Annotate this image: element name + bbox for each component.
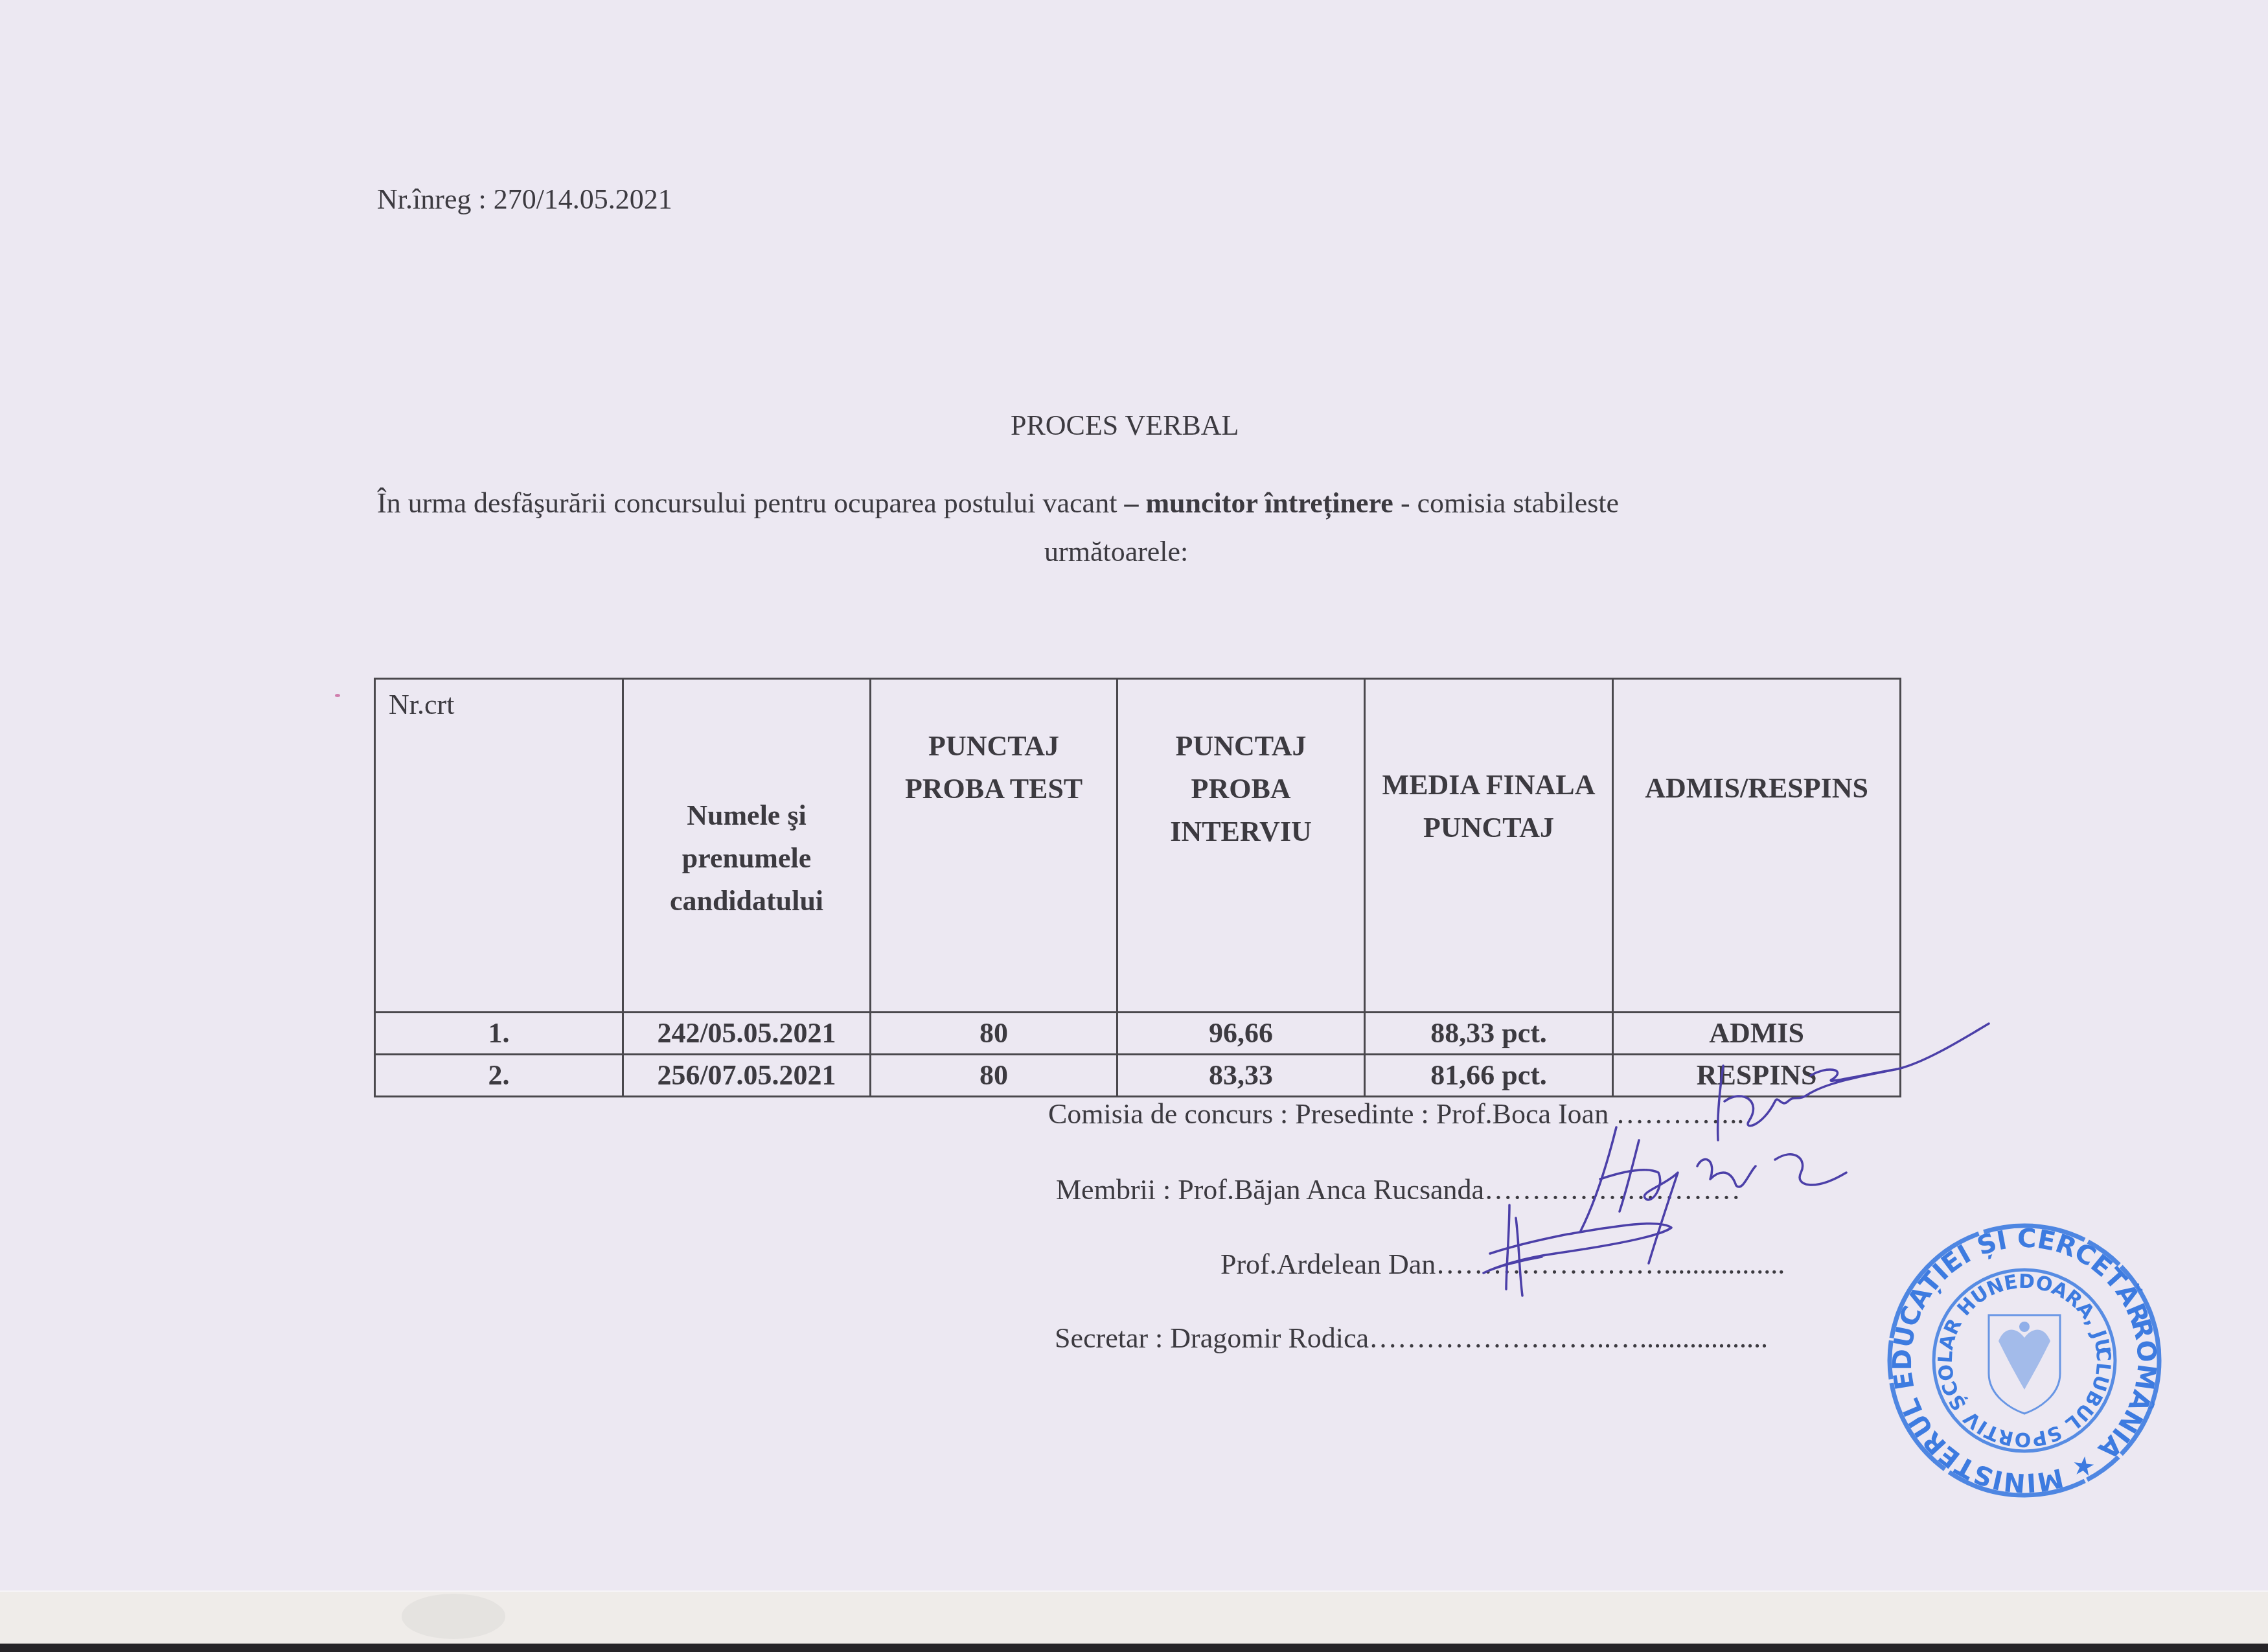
cell-result: ADMIS [1613,1013,1901,1055]
intro-paragraph-line1: În urma desfăşurării concursului pentru … [377,489,1619,518]
table-row: 1. 242/05.05.2021 80 96,66 88,33 pct. AD… [375,1013,1901,1055]
cell-nr: 1. [375,1013,623,1055]
secretary-line: Secretar : Dragomir Rodica……………………..…...… [1055,1324,1768,1353]
cell-nr: 2. [375,1055,623,1097]
intro-paragraph-line2: următoarele: [1044,538,1188,566]
scan-smudge [402,1594,505,1639]
commission-member1-line: Membrii : Prof.Băjan Anca Rucsanda………………… [1056,1176,1741,1204]
intro-dash: – [1124,487,1145,519]
header-interview-score: PUNCTAJ PROBA INTERVIU [1117,679,1365,1013]
ink-speck [335,694,340,697]
intro-text-before: În urma desfăşurării concursului pentru … [377,487,1124,519]
cell-interview-score: 96,66 [1117,1013,1365,1055]
cell-test-score: 80 [870,1013,1117,1055]
header-candidate-name: Numele şi prenumele candidatului [623,679,871,1013]
cell-candidate: 242/05.05.2021 [623,1013,871,1055]
commission-president-line: Comisia de concurs : Presedinte : Prof.B… [1048,1100,1744,1129]
cell-interview-score: 83,33 [1117,1055,1365,1097]
commission-member2-line: Prof.Ardelean Dan……………………...............… [1220,1250,1785,1279]
registration-number: Nr.înreg : 270/14.05.2021 [377,185,672,214]
job-position: muncitor întreținere [1145,487,1393,519]
scanner-edge [0,1644,2268,1652]
cell-result: RESPINS [1613,1055,1901,1097]
cell-final-average: 81,66 pct. [1364,1055,1612,1097]
document-title: PROCES VERBAL [1011,411,1270,440]
results-table: Nr.crt Numele şi prenumele candidatului … [374,678,1901,1097]
intro-text-after: - comisia stabileste [1393,487,1619,519]
table-header-row: Nr.crt Numele şi prenumele candidatului … [375,679,1901,1013]
header-final-average: MEDIA FINALA PUNCTAJ [1364,679,1612,1013]
scan-bottom-margin [0,1590,2268,1645]
header-test-score: PUNCTAJ PROBA TEST [870,679,1117,1013]
cell-test-score: 80 [870,1055,1117,1097]
header-nr-crt: Nr.crt [375,679,623,1013]
table-row: 2. 256/07.05.2021 80 83,33 81,66 pct. RE… [375,1055,1901,1097]
cell-final-average: 88,33 pct. [1364,1013,1612,1055]
cell-candidate: 256/07.05.2021 [623,1055,871,1097]
header-admission-result: ADMIS/RESPINS [1613,679,1901,1013]
